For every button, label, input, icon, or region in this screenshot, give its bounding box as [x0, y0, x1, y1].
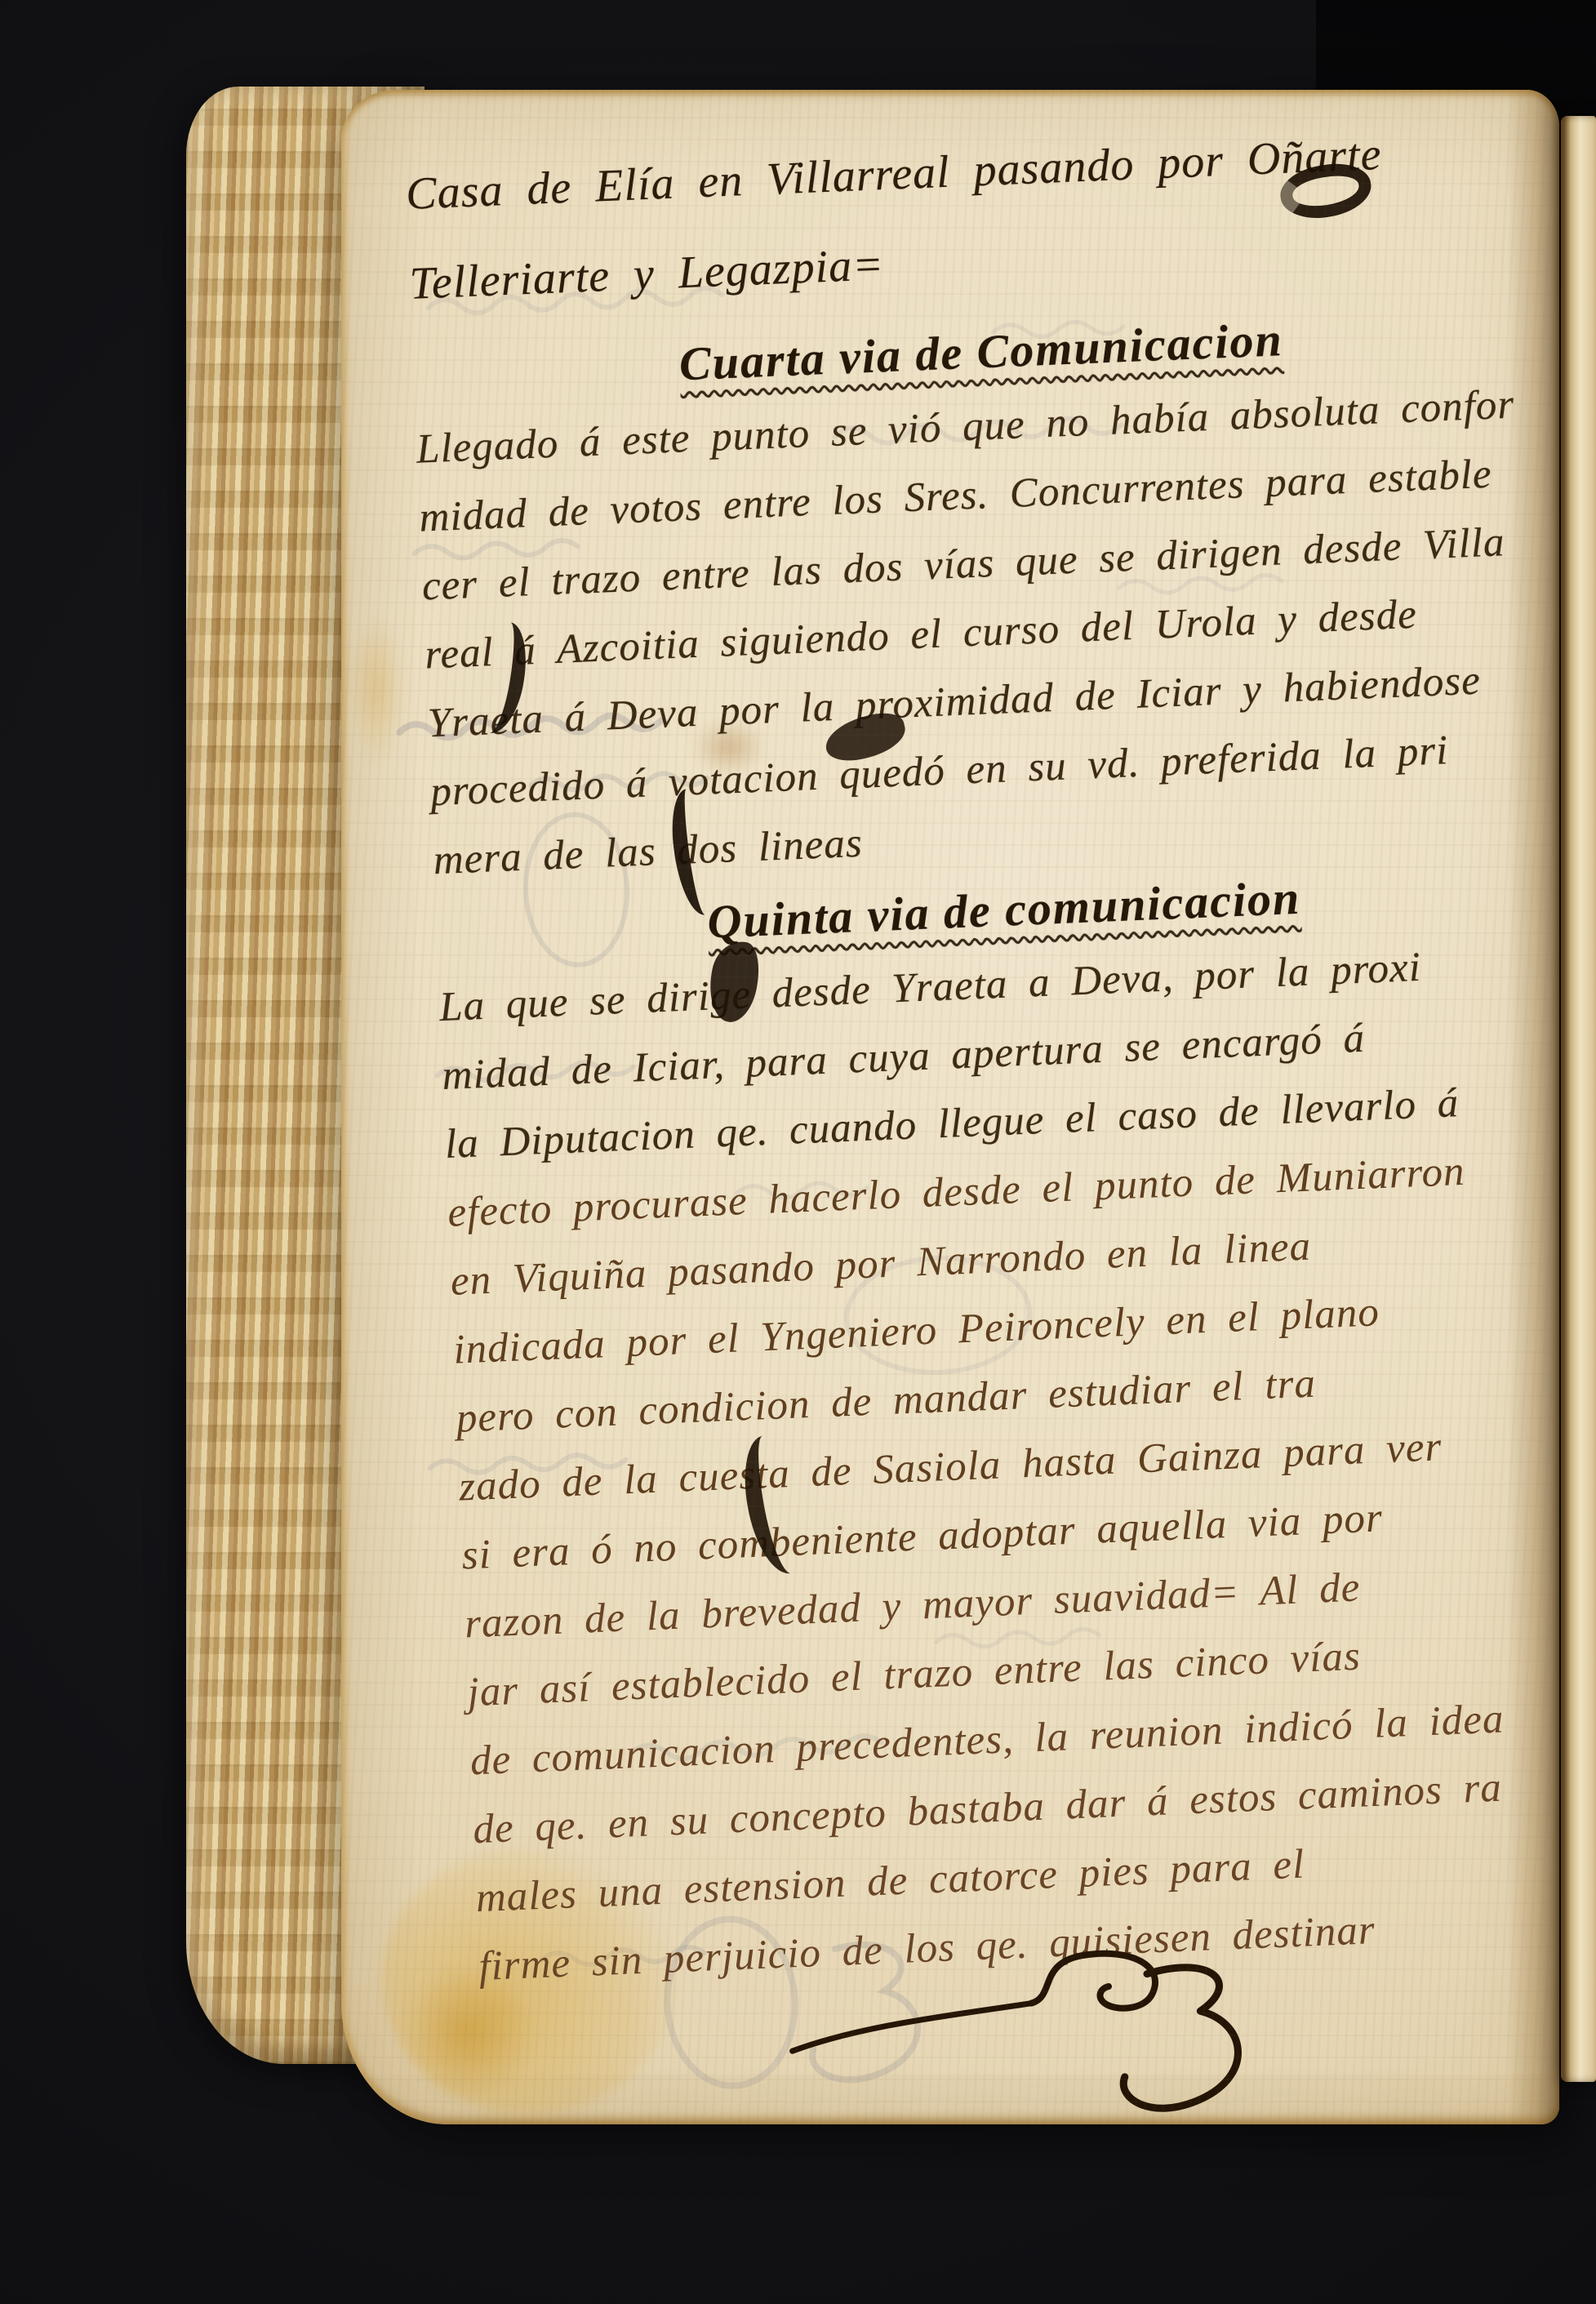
photograph-scene: Casa de Elía en Villarreal pasando por O…	[0, 0, 1596, 2304]
binding-gutter-shadow	[1507, 90, 1559, 2124]
manuscript-page: Casa de Elía en Villarreal pasando por O…	[341, 90, 1559, 2124]
adjacent-page-edge	[1561, 116, 1596, 2082]
handwritten-text-block: Casa de Elía en Villarreal pasando por O…	[405, 122, 1559, 2012]
rubric-paraph-flourish	[776, 1915, 1327, 2124]
